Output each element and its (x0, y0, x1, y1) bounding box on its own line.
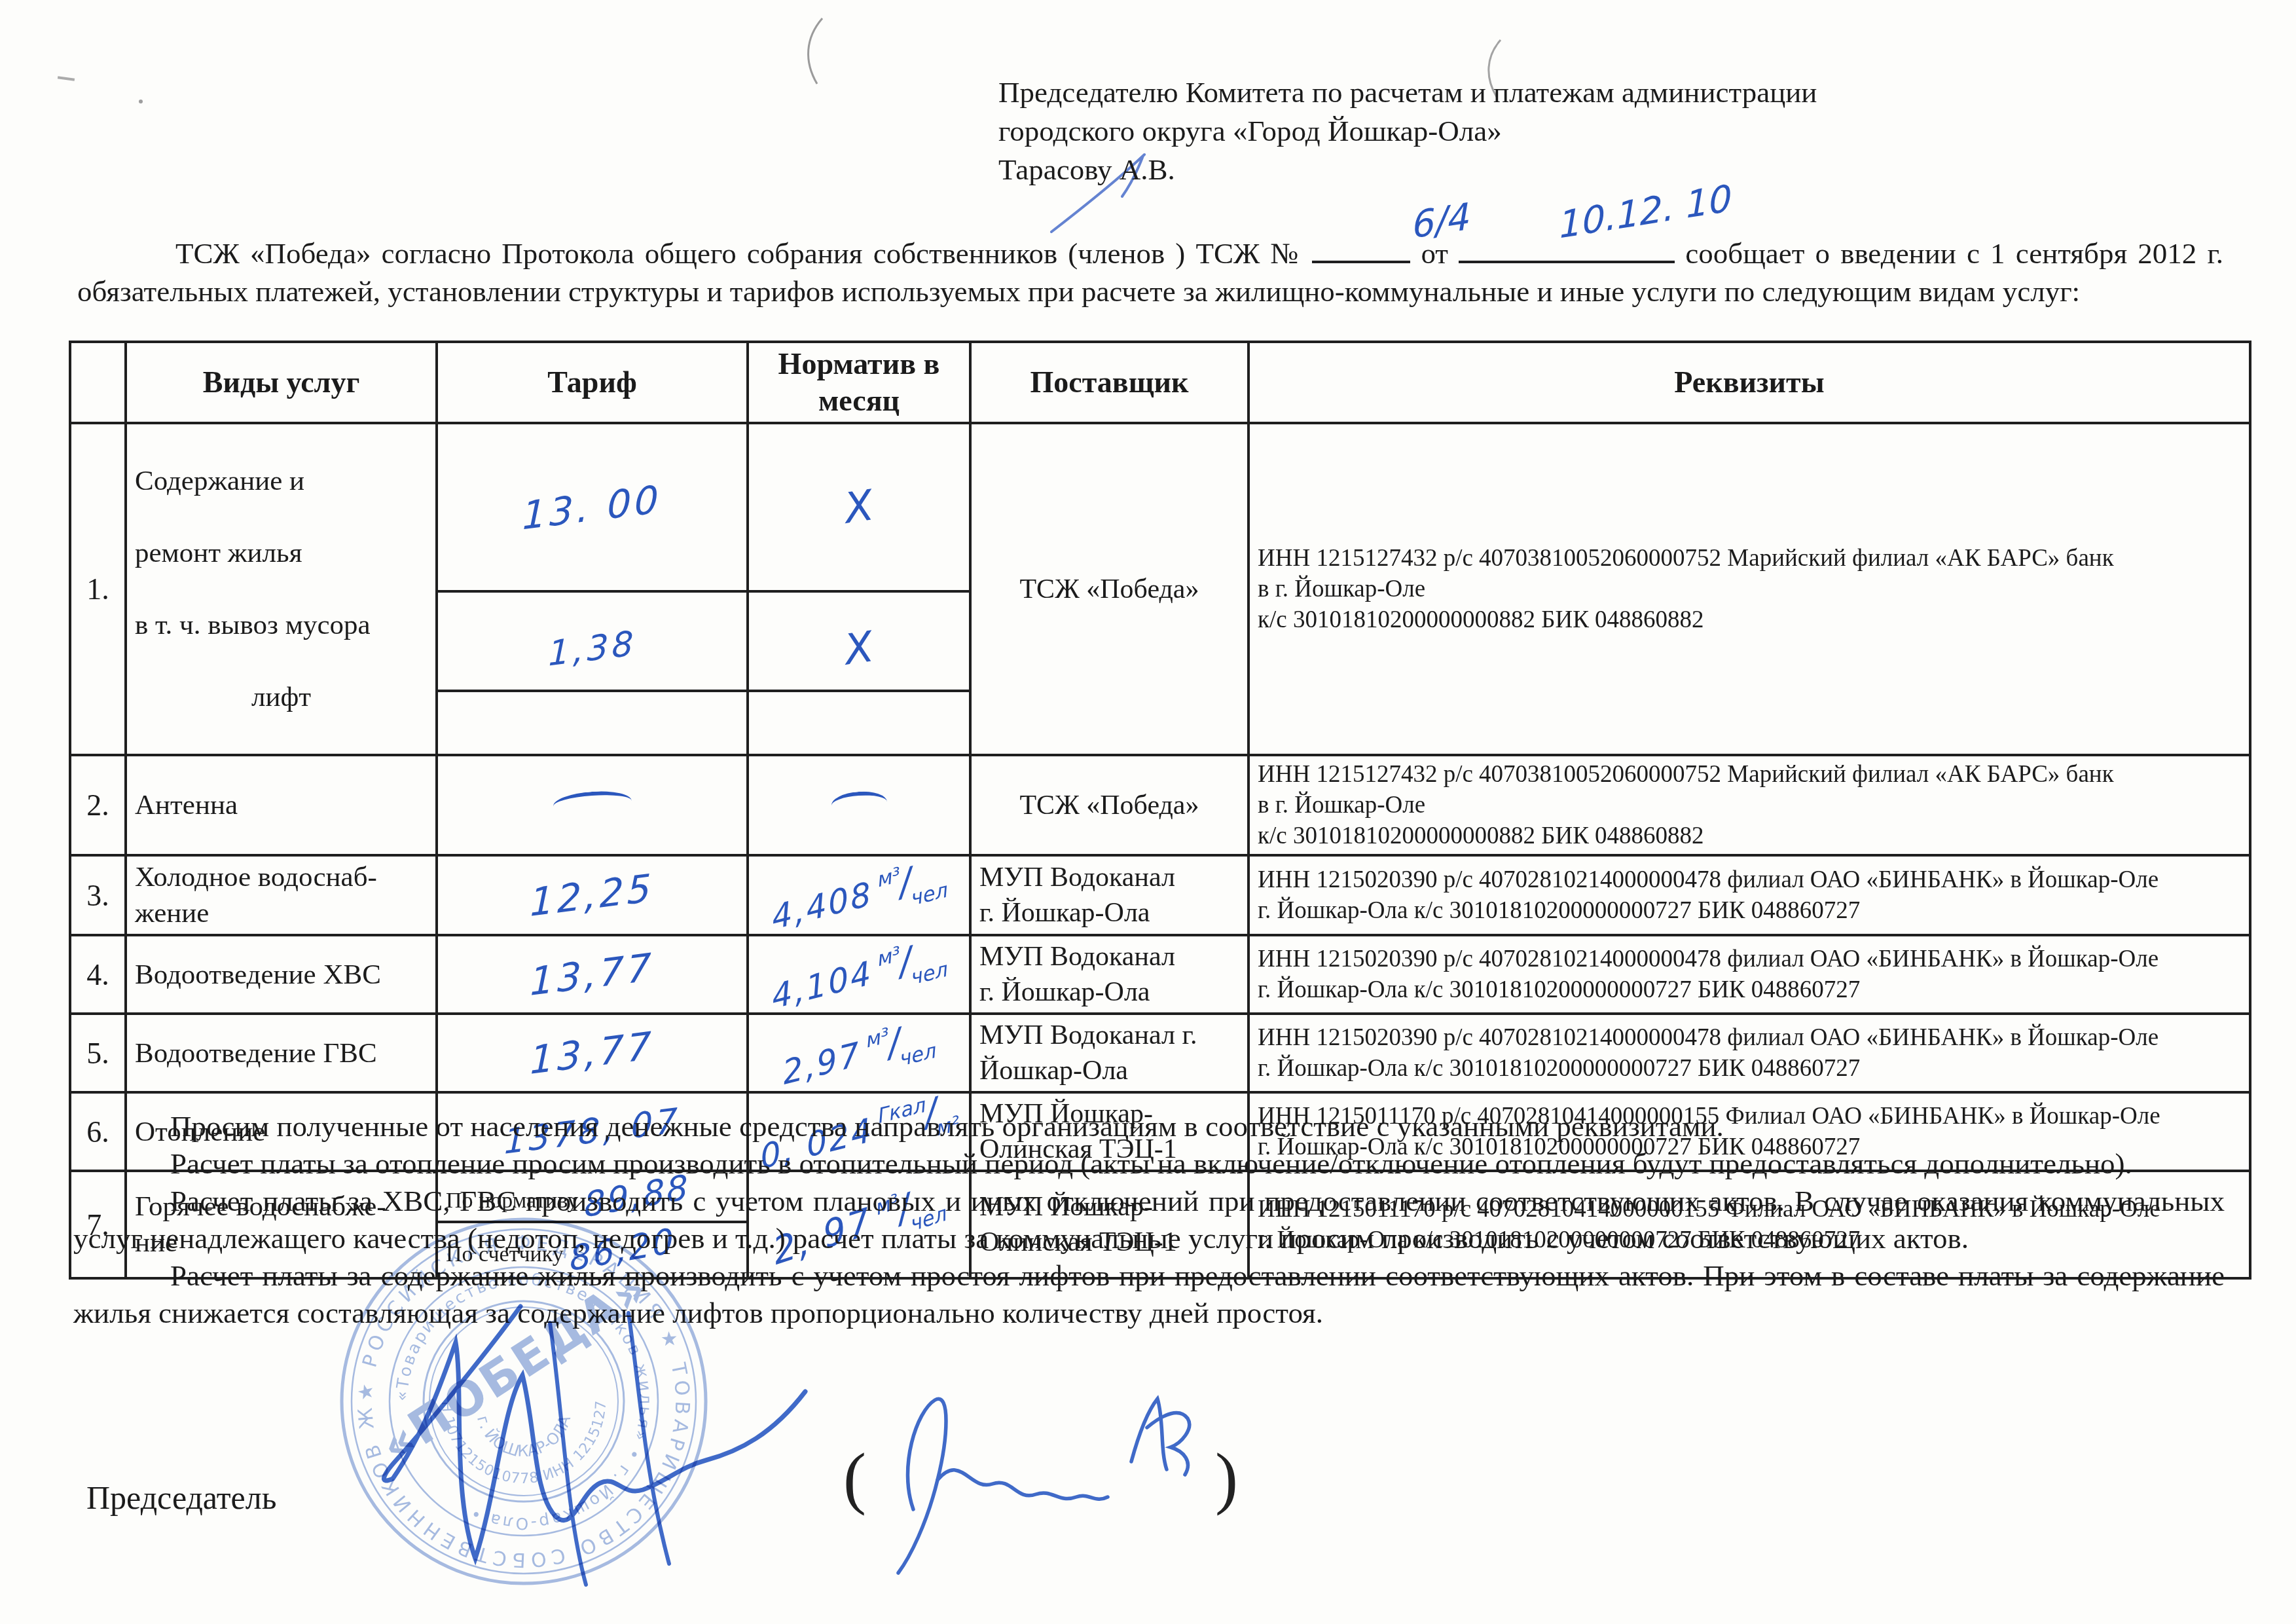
row1-norm-xmark2-handwritten: Х (841, 623, 877, 675)
row5-norm-unit-bottom: чел (899, 1039, 938, 1071)
row4-tariff-handwritten: 13,77 (530, 944, 655, 1005)
row5-norm-handwritten: 2,97м³чел (780, 1012, 937, 1093)
row5-service: Водоотведение ГВС (126, 1014, 437, 1092)
header-norm: Норматив в месяц (748, 342, 970, 423)
recipient-line-1: Председателю Комитета по расчетам и плат… (998, 73, 2079, 112)
scan-paren-artifact-left (797, 14, 830, 88)
row1-norm-sub1: Х (748, 423, 970, 591)
recipient-block: Председателю Комитета по расчетам и плат… (998, 73, 2079, 189)
row5-norm: 2,97м³чел (748, 1014, 970, 1092)
row5-details: ИНН 1215020390 р/с 40702810214000000478 … (1248, 1014, 2250, 1092)
header-num (70, 342, 126, 423)
table-header-row: Виды услуг Тариф Норматив в месяц Постав… (70, 342, 2250, 423)
row4-details: ИНН 1215020390 р/с 40702810214000000478 … (1248, 935, 2250, 1014)
row2-norm-dash-handwritten (830, 790, 887, 817)
protocol-number-handwritten: 6/4 (1315, 198, 1471, 261)
row4-norm-unit-bottom: чел (910, 957, 949, 989)
row2-tariff (437, 755, 748, 855)
paragraph-2: Расчет платы за отопление просим произво… (73, 1145, 2225, 1183)
row5-norm-value: 2,97 (781, 1034, 864, 1092)
paragraph-1: Просим полученные от населения денежные … (73, 1108, 2225, 1145)
row1-norm-sub2: Х (748, 591, 970, 691)
row4-supplier: МУП Водоканал г. Йошкар-Ола (970, 935, 1248, 1014)
row1-tariff-sub1: 13. 00 (437, 423, 748, 591)
scanned-letter-page: Председателю Комитета по расчетам и плат… (0, 0, 2296, 1624)
row2-norm (748, 755, 970, 855)
intro-text-1: ТСЖ «Победа» согласно Протокола общего с… (175, 237, 1302, 270)
row1-tariff-sub2: 1,38 (437, 591, 748, 691)
row3-tariff-handwritten: 12,25 (530, 865, 655, 925)
row2-num: 2. (70, 755, 126, 855)
row3-service: Холодное водоснаб- жение (126, 855, 437, 935)
row1-supplier: ТСЖ «Победа» (970, 423, 1248, 755)
row1-service-line1: Содержание и (135, 463, 428, 499)
header-supplier: Поставщик (970, 342, 1248, 423)
row4-norm-value: 4,104 (770, 953, 875, 1016)
row3-norm-value: 4,408 (770, 874, 875, 937)
header-service: Виды услуг (126, 342, 437, 423)
row5-supplier: МУП Водоканал г. Йошкар-Ола (970, 1014, 1248, 1092)
row1-service-line4: лифт (135, 679, 428, 715)
row4-norm-handwritten: 4,104м³чел (770, 931, 949, 1018)
row1-tariff-value1-handwritten: 13. 00 (522, 476, 662, 538)
row3-norm-handwritten: 4,408м³чел (770, 852, 949, 938)
row2-tariff-dash-handwritten (552, 789, 632, 818)
chairman-title: Председатель (86, 1479, 277, 1517)
row1-service-line3: в т. ч. вывоз мусора (135, 607, 428, 643)
row4-tariff: 13,77 (437, 935, 748, 1014)
row2-details: ИНН 1215127432 р/с 40703810052060000752 … (1248, 755, 2250, 855)
row3-num: 3. (70, 855, 126, 935)
table-row: 5. Водоотведение ГВС 13,77 2,97м³чел МУП… (70, 1014, 2250, 1092)
row3-norm: 4,408м³чел (748, 855, 970, 935)
header-details: Реквизиты (1248, 342, 2250, 423)
row5-num: 5. (70, 1014, 126, 1092)
row3-norm-unit-bottom: чел (910, 877, 949, 910)
row1-service-line2: ремонт жилья (135, 535, 428, 571)
row1-norm-sub3-empty (748, 691, 970, 755)
row3-supplier: МУП Водоканал г. Йошкар-Ола (970, 855, 1248, 935)
transcript-signature-icon (864, 1382, 1231, 1591)
table-row: 2. Антенна ТСЖ «Победа» ИНН 1215127432 р… (70, 755, 2250, 855)
transcript-paren-open: ( (843, 1438, 866, 1517)
recipient-line-3: Тарасову А.В. (998, 151, 2079, 189)
row1-service: Содержание и ремонт жилья в т. ч. вывоз … (126, 423, 437, 755)
header-tariff: Тариф (437, 342, 748, 423)
row4-num: 4. (70, 935, 126, 1014)
row2-supplier: ТСЖ «Победа» (970, 755, 1248, 855)
row1-num: 1. (70, 423, 126, 755)
row1-tariff-sub3-empty (437, 691, 748, 755)
row4-norm: 4,104м³чел (748, 935, 970, 1014)
row3-tariff: 12,25 (437, 855, 748, 935)
row3-details: ИНН 1215020390 р/с 40702810214000000478 … (1248, 855, 2250, 935)
row1-tariff-value2-handwritten: 1,38 (548, 624, 637, 674)
table-row: 3. Холодное водоснаб- жение 12,25 4,408м… (70, 855, 2250, 935)
row5-tariff-handwritten: 13,77 (530, 1023, 655, 1083)
row4-service: Водоотведение ХВС (126, 935, 437, 1014)
intro-paragraph: ТСЖ «Победа» согласно Протокола общего с… (77, 228, 2223, 310)
table-row: 4. Водоотведение ХВС 13,77 4,104м³чел МУ… (70, 935, 2250, 1014)
scan-speck-dash (58, 76, 75, 81)
chairman-signature-icon (347, 1277, 858, 1604)
scan-speck-dot (139, 100, 143, 103)
row1-norm-xmark1-handwritten: Х (841, 481, 877, 533)
recipient-line-2: городского округа «Город Йошкар-Ола» (998, 112, 2079, 151)
protocol-date-blank: 10.12. 10 (1459, 228, 1675, 263)
row1-details: ИНН 1215127432 р/с 40703810052060000752 … (1248, 423, 2250, 755)
row5-tariff: 13,77 (437, 1014, 748, 1092)
protocol-number-blank: 6/4 (1312, 228, 1410, 263)
row2-service: Антенна (126, 755, 437, 855)
table-row: 1. Содержание и ремонт жилья в т. ч. выв… (70, 423, 2250, 591)
